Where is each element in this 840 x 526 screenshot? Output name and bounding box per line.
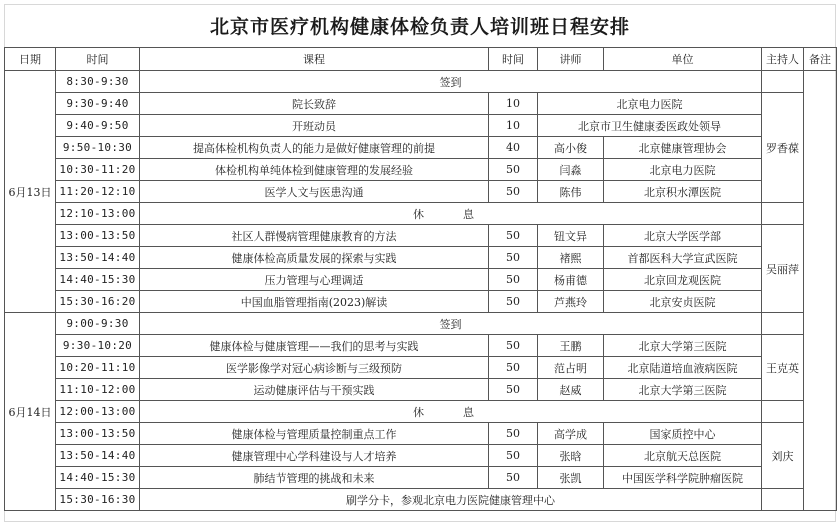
course-cell: 压力管理与心理调适 — [140, 269, 489, 291]
duration-cell: 50 — [489, 335, 538, 357]
time-cell: 12:10-13:00 — [56, 203, 140, 225]
duration-cell: 10 — [489, 93, 538, 115]
unit-cell: 北京健康管理协会 — [604, 137, 762, 159]
unit-cell: 北京电力医院 — [538, 93, 762, 115]
time-cell: 12:00-13:00 — [56, 401, 140, 423]
span-event-cell: 休 息 — [140, 203, 762, 225]
lecturer-cell: 褚熙 — [538, 247, 604, 269]
lecturer-cell: 高学成 — [538, 423, 604, 445]
time-cell: 13:50-14:40 — [56, 247, 140, 269]
span-event-cell: 刷学分卡，参观北京电力医院健康管理中心 — [140, 489, 762, 511]
host-cell — [762, 489, 804, 511]
course-cell: 运动健康评估与干预实践 — [140, 379, 489, 401]
unit-cell: 北京大学第三医院 — [604, 335, 762, 357]
course-cell: 提高体检机构负责人的能力是做好健康管理的前提 — [140, 137, 489, 159]
time-cell: 9:00-9:30 — [56, 313, 140, 335]
course-cell: 肺结节管理的挑战和未来 — [140, 467, 489, 489]
table-row: 10:20-11:10医学影像学对冠心病诊断与三级预防50范占明北京陆道培血液病… — [5, 357, 837, 379]
duration-cell: 40 — [489, 137, 538, 159]
table-row: 11:20-12:10医学人文与医患沟通50陈伟北京积水潭医院 — [5, 181, 837, 203]
table-row: 9:30-9:40院长致辞10北京电力医院罗香葆 — [5, 93, 837, 115]
time-cell: 14:40-15:30 — [56, 467, 140, 489]
time-cell: 13:00-13:50 — [56, 423, 140, 445]
table-row: 15:30-16:20中国血脂管理指南(2023)解读50芦燕玲北京安贞医院 — [5, 291, 837, 313]
unit-cell: 北京积水潭医院 — [604, 181, 762, 203]
table-row: 13:00-13:50社区人群慢病管理健康教育的方法50钮文异北京大学医学部吴丽… — [5, 225, 837, 247]
host-cell — [762, 313, 804, 335]
unit-cell: 北京安贞医院 — [604, 291, 762, 313]
host-cell: 王克英 — [762, 335, 804, 401]
course-cell: 开班动员 — [140, 115, 489, 137]
table-row: 13:50-14:40健康管理中心学科建设与人才培养50张晗北京航天总医院 — [5, 445, 837, 467]
time-cell: 13:50-14:40 — [56, 445, 140, 467]
note-cell — [804, 71, 837, 511]
duration-cell: 50 — [489, 423, 538, 445]
course-cell: 健康体检与管理质量控制重点工作 — [140, 423, 489, 445]
table-row-span: 12:00-13:00休 息 — [5, 401, 837, 423]
time-cell: 9:30-10:20 — [56, 335, 140, 357]
course-cell: 健康管理中心学科建设与人才培养 — [140, 445, 489, 467]
lecturer-cell: 范占明 — [538, 357, 604, 379]
schedule-body: 6月13日8:30-9:30签到9:30-9:40院长致辞10北京电力医院罗香葆… — [5, 71, 837, 511]
span-event-cell: 签到 — [140, 71, 762, 93]
duration-cell: 50 — [489, 357, 538, 379]
time-cell: 9:40-9:50 — [56, 115, 140, 137]
lecturer-cell: 高小俊 — [538, 137, 604, 159]
table-row: 14:40-15:30压力管理与心理调适50杨甫德北京回龙观医院 — [5, 269, 837, 291]
table-row: 10:30-11:20体检机构单纯体检到健康管理的发展经验50闫淼北京电力医院 — [5, 159, 837, 181]
table-row-span: 6月14日9:00-9:30签到 — [5, 313, 837, 335]
table-row: 13:50-14:40健康体检高质量发展的探索与实践50褚熙首都医科大学宣武医院 — [5, 247, 837, 269]
unit-cell: 首都医科大学宣武医院 — [604, 247, 762, 269]
table-row: 13:00-13:50健康体检与管理质量控制重点工作50高学成国家质控中心刘庆 — [5, 423, 837, 445]
table-row: 11:10-12:00运动健康评估与干预实践50赵威北京大学第三医院 — [5, 379, 837, 401]
table-row: 9:30-10:20健康体检与健康管理——我们的思考与实践50王鹏北京大学第三医… — [5, 335, 837, 357]
table-row-span: 15:30-16:30刷学分卡，参观北京电力医院健康管理中心 — [5, 489, 837, 511]
lecturer-cell: 闫淼 — [538, 159, 604, 181]
lecturer-cell: 杨甫德 — [538, 269, 604, 291]
table-row: 9:50-10:30提高体检机构负责人的能力是做好健康管理的前提40高小俊北京健… — [5, 137, 837, 159]
course-cell: 体检机构单纯体检到健康管理的发展经验 — [140, 159, 489, 181]
host-cell: 刘庆 — [762, 423, 804, 489]
schedule-table: 日期 时间 课程 时间 讲师 单位 主持人 备注 6月13日8:30-9:30签… — [4, 47, 837, 511]
lecturer-cell: 陈伟 — [538, 181, 604, 203]
unit-cell: 北京回龙观医院 — [604, 269, 762, 291]
table-row-span: 12:10-13:00休 息 — [5, 203, 837, 225]
duration-cell: 10 — [489, 115, 538, 137]
duration-cell: 50 — [489, 269, 538, 291]
host-cell — [762, 203, 804, 225]
duration-cell: 50 — [489, 379, 538, 401]
unit-cell: 北京电力医院 — [604, 159, 762, 181]
course-cell: 社区人群慢病管理健康教育的方法 — [140, 225, 489, 247]
course-cell: 健康体检与健康管理——我们的思考与实践 — [140, 335, 489, 357]
course-cell: 院长致辞 — [140, 93, 489, 115]
host-cell — [762, 401, 804, 423]
unit-cell: 国家质控中心 — [604, 423, 762, 445]
date-cell: 6月14日 — [5, 313, 56, 511]
duration-cell: 50 — [489, 291, 538, 313]
span-event-cell: 签到 — [140, 313, 762, 335]
unit-cell: 北京陆道培血液病医院 — [604, 357, 762, 379]
course-cell: 医学影像学对冠心病诊断与三级预防 — [140, 357, 489, 379]
header-lecturer: 讲师 — [538, 48, 604, 71]
unit-cell: 北京航天总医院 — [604, 445, 762, 467]
time-cell: 10:20-11:10 — [56, 357, 140, 379]
time-cell: 14:40-15:30 — [56, 269, 140, 291]
table-row: 14:40-15:30肺结节管理的挑战和未来50张凯中国医学科学院肿瘤医院 — [5, 467, 837, 489]
course-cell: 医学人文与医患沟通 — [140, 181, 489, 203]
time-cell: 9:50-10:30 — [56, 137, 140, 159]
host-cell: 吴丽萍 — [762, 225, 804, 313]
time-cell: 9:30-9:40 — [56, 93, 140, 115]
duration-cell: 50 — [489, 445, 538, 467]
header-host: 主持人 — [762, 48, 804, 71]
duration-cell: 50 — [489, 159, 538, 181]
header-note: 备注 — [804, 48, 837, 71]
header-unit: 单位 — [604, 48, 762, 71]
date-cell: 6月13日 — [5, 71, 56, 313]
time-cell: 10:30-11:20 — [56, 159, 140, 181]
duration-cell: 50 — [489, 467, 538, 489]
time-cell: 8:30-9:30 — [56, 71, 140, 93]
lecturer-cell: 张晗 — [538, 445, 604, 467]
header-duration: 时间 — [489, 48, 538, 71]
lecturer-cell: 钮文异 — [538, 225, 604, 247]
header-date: 日期 — [5, 48, 56, 71]
time-cell: 15:30-16:20 — [56, 291, 140, 313]
duration-cell: 50 — [489, 247, 538, 269]
time-cell: 15:30-16:30 — [56, 489, 140, 511]
course-cell: 健康体检高质量发展的探索与实践 — [140, 247, 489, 269]
lecturer-cell: 芦燕玲 — [538, 291, 604, 313]
lecturer-cell: 张凯 — [538, 467, 604, 489]
duration-cell: 50 — [489, 225, 538, 247]
page-title: 北京市医疗机构健康体检负责人培训班日程安排 — [0, 12, 840, 39]
time-cell: 11:20-12:10 — [56, 181, 140, 203]
table-row-span: 6月13日8:30-9:30签到 — [5, 71, 837, 93]
duration-cell: 50 — [489, 181, 538, 203]
header-row: 日期 时间 课程 时间 讲师 单位 主持人 备注 — [5, 48, 837, 71]
unit-cell: 北京大学第三医院 — [604, 379, 762, 401]
header-course: 课程 — [140, 48, 489, 71]
table-row: 9:40-9:50开班动员10北京市卫生健康委医政处领导 — [5, 115, 837, 137]
time-cell: 11:10-12:00 — [56, 379, 140, 401]
span-event-cell: 休 息 — [140, 401, 762, 423]
time-cell: 13:00-13:50 — [56, 225, 140, 247]
lecturer-cell: 王鹏 — [538, 335, 604, 357]
course-cell: 中国血脂管理指南(2023)解读 — [140, 291, 489, 313]
unit-cell: 北京市卫生健康委医政处领导 — [538, 115, 762, 137]
unit-cell: 中国医学科学院肿瘤医院 — [604, 467, 762, 489]
lecturer-cell: 赵威 — [538, 379, 604, 401]
host-cell — [762, 71, 804, 93]
header-time: 时间 — [56, 48, 140, 71]
host-cell: 罗香葆 — [762, 93, 804, 203]
unit-cell: 北京大学医学部 — [604, 225, 762, 247]
